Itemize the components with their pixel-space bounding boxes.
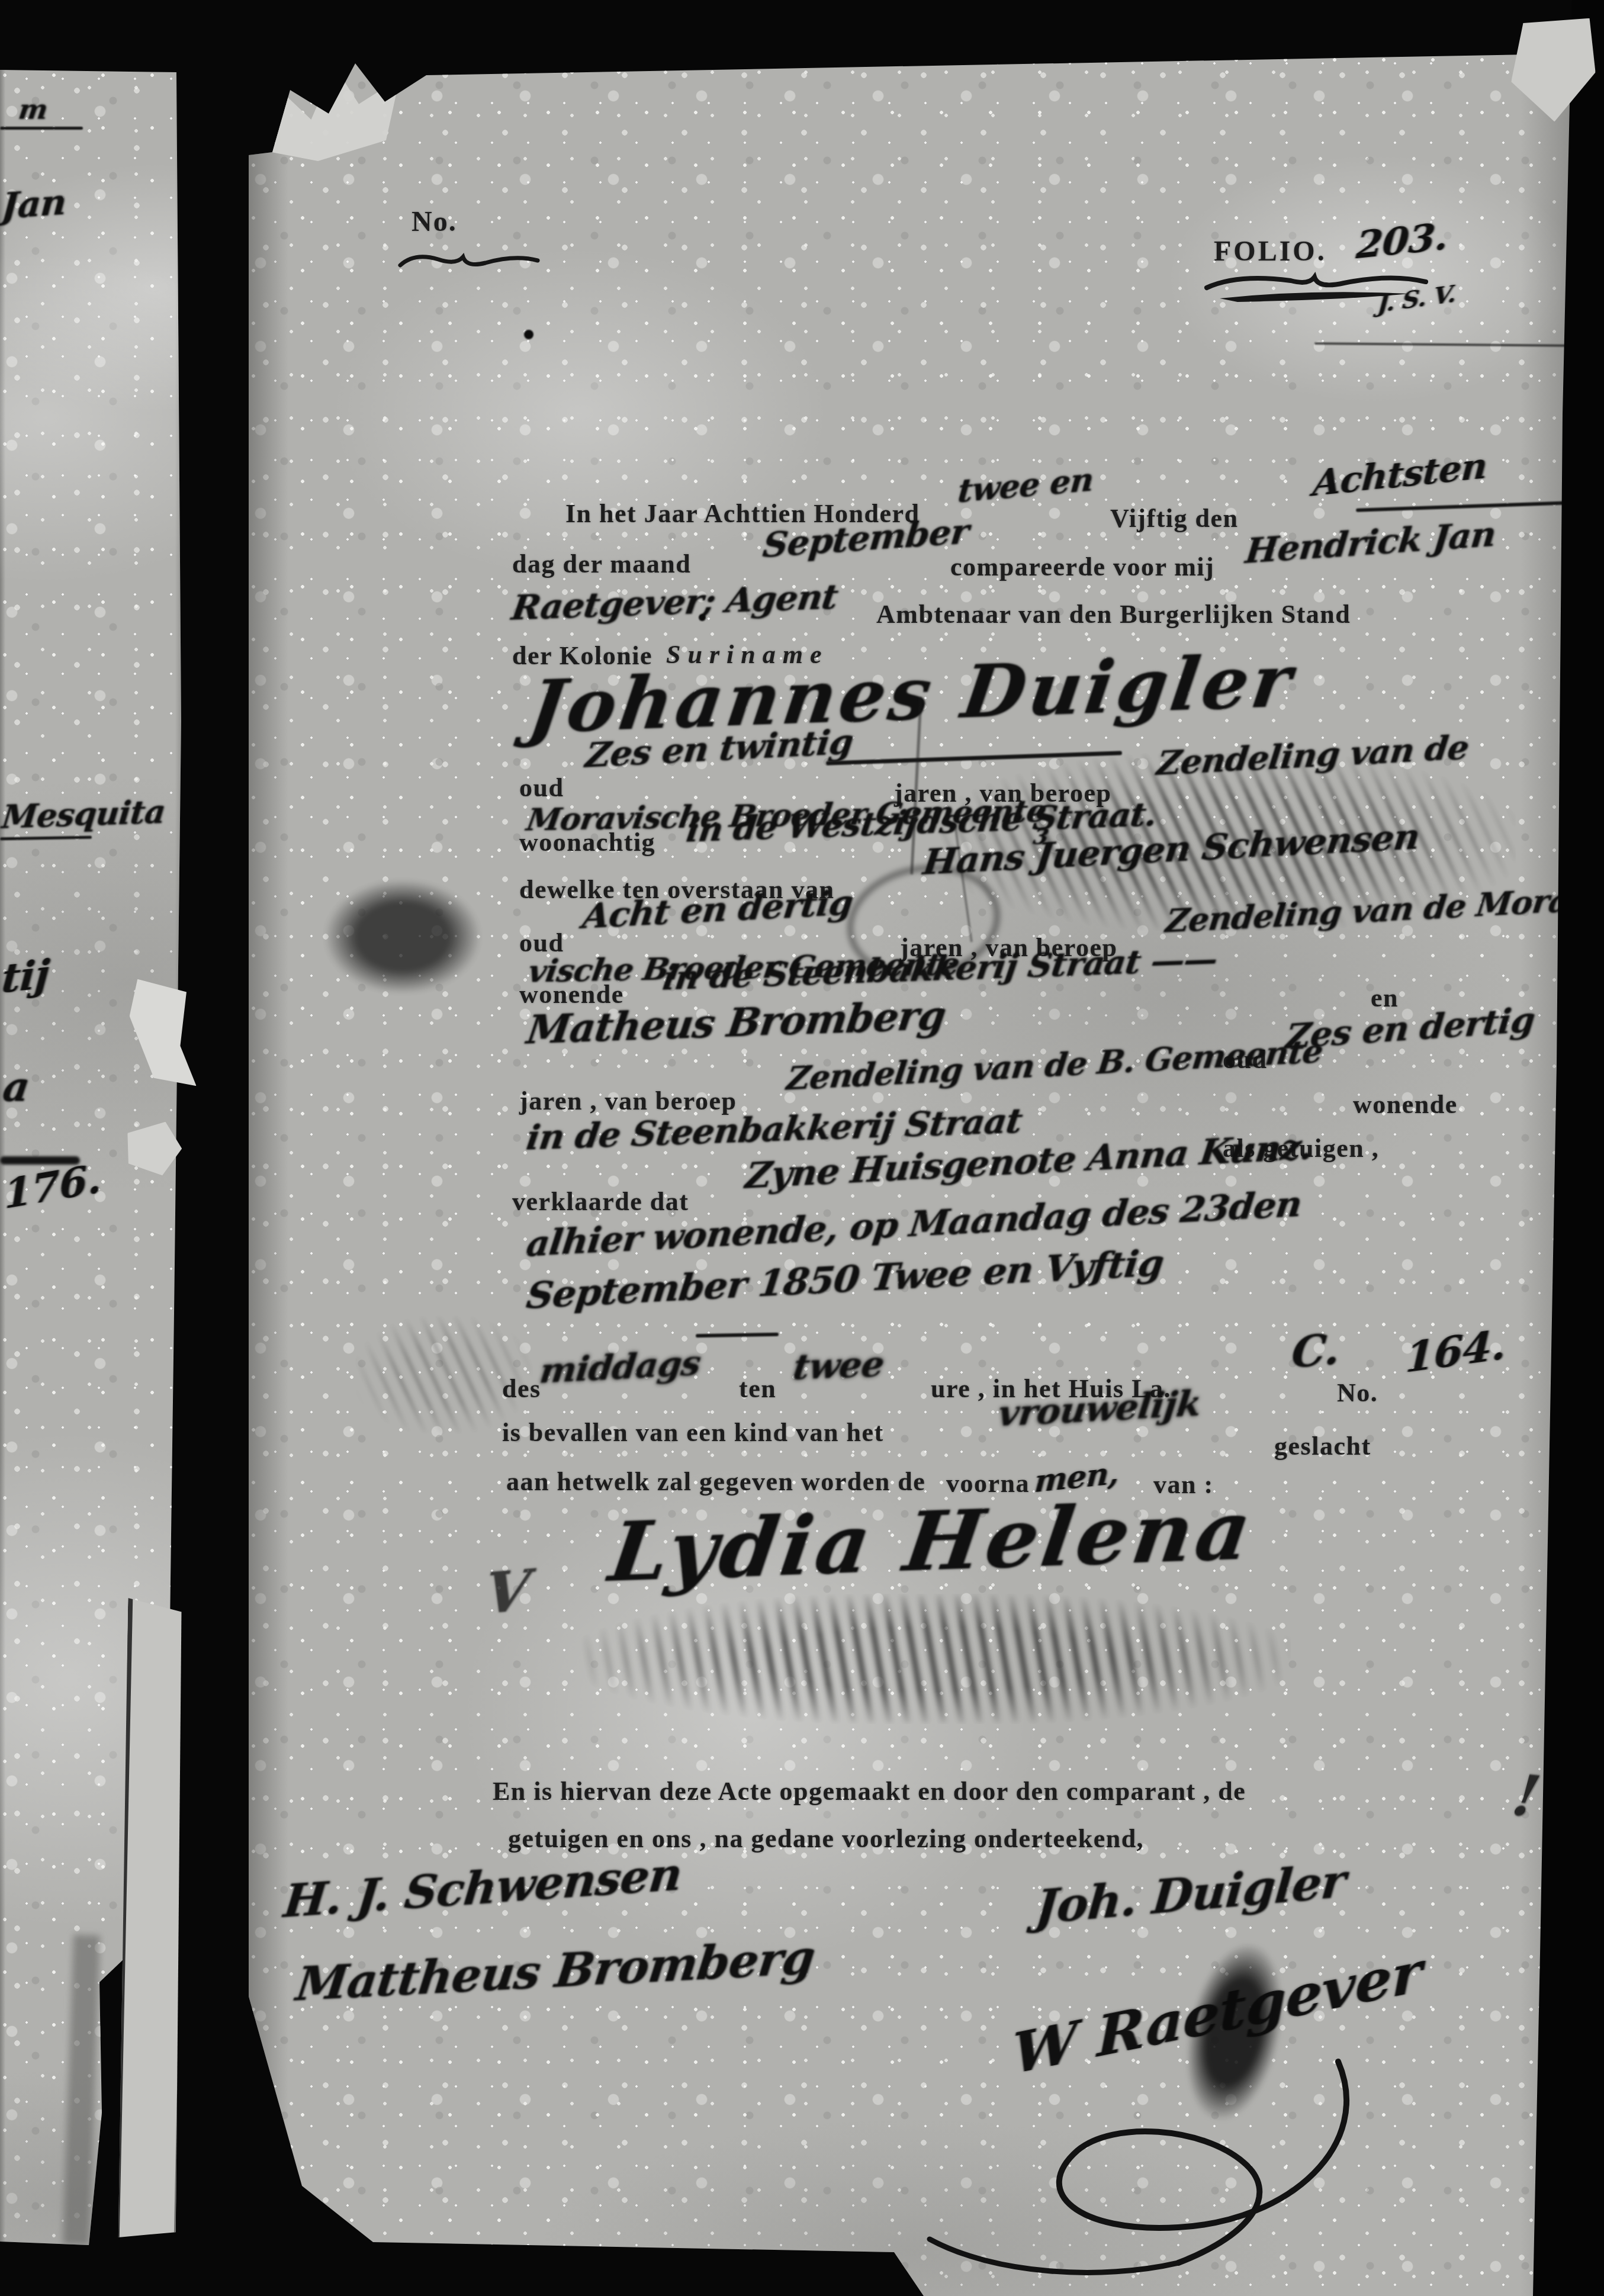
text-oud-printed: oud bbox=[519, 773, 564, 803]
folio-underline bbox=[1314, 342, 1575, 347]
stray-mark: ! bbox=[1507, 1763, 1544, 1831]
signature-witness1: H. J. Schwensen bbox=[281, 1848, 684, 1928]
torn-corner-flap bbox=[263, 57, 400, 161]
no-brace-flourish bbox=[397, 250, 545, 276]
child-name: Lydia Helena bbox=[604, 1481, 1260, 1600]
ink-stroke bbox=[1356, 500, 1587, 512]
text-closing1-printed: En is hiervan deze Acte opgemaakt en doo… bbox=[493, 1776, 1246, 1806]
ink-dot bbox=[524, 330, 533, 339]
fragment-mesquita: Mesquita bbox=[0, 792, 167, 836]
text-geslacht-printed: geslacht bbox=[1274, 1431, 1371, 1461]
text-day-written: Achtsten bbox=[1312, 445, 1488, 504]
text-verklaarde-printed: verklaarde dat bbox=[512, 1186, 689, 1217]
folio-label: FOLIO. bbox=[1214, 235, 1327, 268]
text-no-printed: No. bbox=[1337, 1378, 1378, 1408]
text-en-printed: en bbox=[1371, 983, 1399, 1013]
text-woonachtig-printed: woonachtig bbox=[519, 827, 655, 857]
signature-witness2: Mattheus Bromberg bbox=[293, 1931, 818, 2012]
ink-smudge bbox=[580, 1594, 1291, 1724]
text-official-printed: Ambtenaar van den Burgerlijken Stand bbox=[876, 599, 1351, 629]
page-shadow bbox=[63, 1934, 100, 2245]
fragment-m-underline bbox=[0, 127, 83, 130]
text-fifty-printed: Vijftig den bbox=[1110, 503, 1239, 533]
text-appeared-printed: compareerde voor mij bbox=[950, 552, 1214, 582]
main-page: No. FOLIO. 203. J. S. V. In het Jaar Ach… bbox=[249, 54, 1573, 2296]
fragment-176: 176. bbox=[3, 1155, 101, 1218]
fragment-m: m bbox=[17, 94, 49, 126]
no-label: No. bbox=[412, 205, 457, 238]
text-wonende-printed: wonende bbox=[1353, 1089, 1458, 1120]
hour-written: twee bbox=[790, 1343, 886, 1388]
ink-smudge bbox=[326, 880, 480, 993]
text-year-written: twee en bbox=[956, 461, 1095, 510]
ink-smudge bbox=[355, 1316, 533, 1434]
signature-comparant: Joh. Duigler bbox=[1033, 1854, 1348, 1935]
daypart-written: middags bbox=[538, 1343, 703, 1391]
ink-underline bbox=[696, 1333, 779, 1337]
fragment-a: a bbox=[0, 1063, 32, 1111]
text-month-printed: dag der maand bbox=[512, 549, 691, 579]
ink-dot bbox=[699, 614, 706, 621]
text-registrar-first-written: Hendrick Jan bbox=[1243, 514, 1497, 571]
text-ten-printed: ten bbox=[739, 1374, 776, 1404]
text-bevallen-printed: is bevallen van een kind van het bbox=[502, 1417, 884, 1448]
folio-number: 203. bbox=[1355, 214, 1449, 268]
fragment-tij: tij bbox=[0, 950, 51, 1002]
house-letter-written: C. bbox=[1290, 1323, 1342, 1378]
text-registrar-surname-written: Raetgever; Agent bbox=[509, 576, 840, 628]
text-closing2-printed: getuigen en ons , na gedane voorlezing o… bbox=[508, 1824, 1144, 1854]
stray-mark: V bbox=[483, 1558, 532, 1627]
signature-flourish bbox=[924, 2026, 1386, 2281]
ink-smudge bbox=[936, 753, 1516, 931]
witness2-profession-written: Zendeling van de B. Gemeente bbox=[785, 1032, 1325, 1098]
fragment-mesquita-underline bbox=[0, 836, 92, 841]
house-number-written: 164. bbox=[1404, 1320, 1506, 1382]
text-names-intro-printed: aan hetwelk zal gegeven worden de bbox=[506, 1467, 925, 1497]
fragment-jan: Jan bbox=[0, 182, 67, 227]
document-photo: m Jan Mesquita tij a 176. No. FOLIO. 203… bbox=[0, 0, 1604, 2296]
